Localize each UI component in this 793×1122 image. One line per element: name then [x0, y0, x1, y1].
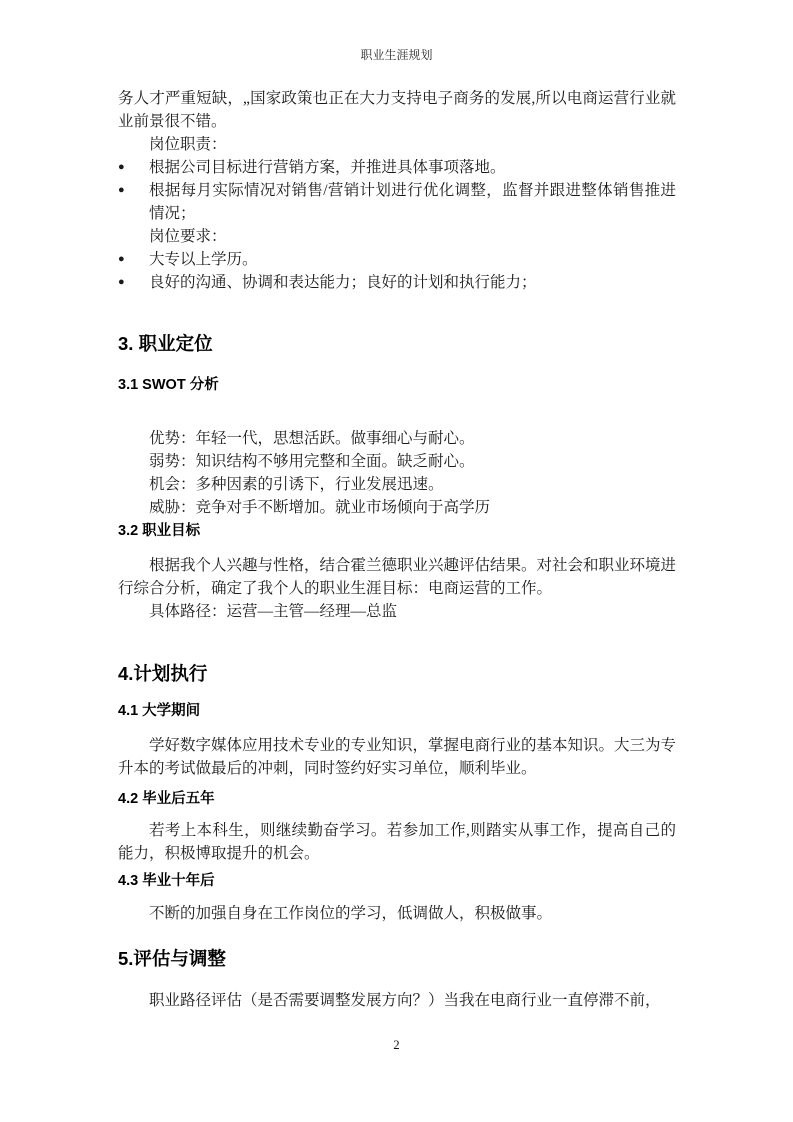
swot-threat: 威胁：竞争对手不断增加。就业市场倾向于高学历 — [118, 496, 676, 519]
section-4-2-heading: 4.2 毕业后五年 — [118, 789, 676, 809]
section-4-2-paragraph: 若考上本科生，则继续勤奋学习。若参加工作,则踏实从事工作，提高自己的能力，积极博… — [118, 819, 676, 865]
duties-label: 岗位职责： — [118, 133, 676, 156]
section-4-1-heading: 4.1 大学期间 — [118, 701, 676, 721]
swot-opportunity: 机会：多种因素的引诱下，行业发展迅速。 — [118, 473, 676, 496]
list-item: ● 根据每月实际情况对销售/营销计划进行优化调整，监督并跟进整体销售推进情况； — [118, 179, 676, 225]
intro-paragraph: 务人才严重短缺，„国家政策也正在大力支持电子商务的发展,所以电商运营行业就业前景… — [118, 87, 676, 133]
document-body: 务人才严重短缺，„国家政策也正在大力支持电子商务的发展,所以电商运营行业就业前景… — [118, 87, 676, 1012]
goal-paragraph: 根据我个人兴趣与性格，结合霍兰德职业兴趣评估结果。对社会和职业环境进行综合分析，… — [118, 554, 676, 600]
section-3-1-heading: 3.1 SWOT 分析 — [118, 375, 676, 395]
duty-item: 根据公司目标进行营销方案，并推进具体事项落地。 — [149, 156, 676, 179]
requirement-item: 良好的沟通、协调和表达能力；良好的计划和执行能力； — [149, 271, 676, 294]
page-number: 2 — [0, 1038, 793, 1053]
swot-strength: 优势：年轻一代，思想活跃。做事细心与耐心。 — [118, 427, 676, 450]
career-path-line: 具体路径：运营—主管—经理—总监 — [118, 600, 676, 623]
requirements-label: 岗位要求： — [118, 225, 676, 248]
list-item: ● 大专以上学历。 — [118, 248, 676, 271]
swot-weakness: 弱势：知识结构不够用完整和全面。缺乏耐心。 — [118, 450, 676, 473]
document-header-title: 职业生涯规划 — [0, 47, 793, 63]
bullet-icon: ● — [118, 156, 149, 179]
swot-list: 优势：年轻一代，思想活跃。做事细心与耐心。 弱势：知识结构不够用完整和全面。缺乏… — [118, 427, 676, 519]
bullet-icon: ● — [118, 271, 149, 294]
requirement-item: 大专以上学历。 — [149, 248, 676, 271]
section-4-heading: 4.计划执行 — [118, 661, 676, 687]
section-4-3-paragraph: 不断的加强自身在工作岗位的学习，低调做人，积极做事。 — [118, 902, 676, 925]
bullet-icon: ● — [118, 179, 149, 225]
section-3-heading: 3. 职业定位 — [118, 331, 676, 357]
list-item: ● 良好的沟通、协调和表达能力；良好的计划和执行能力； — [118, 271, 676, 294]
section-5-heading: 5.评估与调整 — [118, 946, 676, 972]
bullet-icon: ● — [118, 248, 149, 271]
duty-item: 根据每月实际情况对销售/营销计划进行优化调整，监督并跟进整体销售推进情况； — [149, 179, 676, 225]
section-4-1-paragraph: 学好数字媒体应用技术专业的专业知识，掌握电商行业的基本知识。大三为专升本的考试做… — [118, 734, 676, 780]
section-3-2-heading: 3.2 职业目标 — [118, 521, 676, 541]
document-page: 职业生涯规划 务人才严重短缺，„国家政策也正在大力支持电子商务的发展,所以电商运… — [0, 0, 793, 1122]
list-item: ● 根据公司目标进行营销方案，并推进具体事项落地。 — [118, 156, 676, 179]
section-4-3-heading: 4.3 毕业十年后 — [118, 871, 676, 891]
section-5-paragraph: 职业路径评估（是否需要调整发展方向？）当我在电商行业一直停滞不前， — [118, 989, 676, 1012]
